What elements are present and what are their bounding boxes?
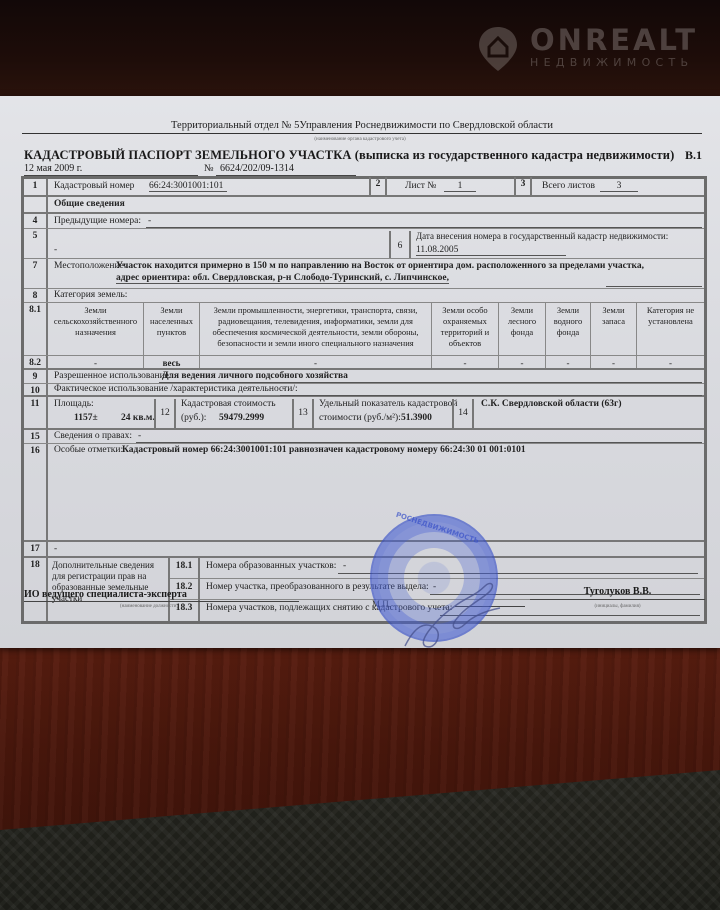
sheet-number-value: 1 (444, 181, 476, 192)
row-8-2: 8.2 - весь - - - - - - (24, 356, 704, 370)
removed-plots-value: - (444, 603, 447, 613)
row-5-value: - (54, 245, 57, 255)
row-17: 17 - (24, 542, 704, 558)
row-11-14: 11 Площадь: 1157± 24 кв.м. 12 Кадастрова… (24, 397, 704, 430)
cadastral-value-unit: (руб.): (181, 413, 206, 423)
removed-plots-label: Номера участков, подлежащих снятию с кад… (206, 603, 452, 613)
category-value: - (48, 356, 144, 368)
area-value: 1157± (74, 413, 98, 423)
underline (440, 615, 700, 616)
previous-numbers-value: - (148, 216, 151, 226)
row-number: 18.1 (168, 558, 200, 579)
row-number: 8.1 (24, 303, 48, 355)
row-number: 14 (452, 399, 474, 430)
total-sheets-label: Всего листов (542, 181, 595, 191)
row-1: 1 Кадастровый номер 66:24:3001001:101 2 … (24, 179, 704, 197)
row-number: 5 (24, 229, 48, 258)
cadastral-value: 59479.2999 (219, 413, 264, 423)
category-forest: Земли лесного фонда (499, 303, 546, 355)
row-4: 4 Предыдущие номера: - (24, 214, 704, 229)
specific-value-label: Удельный показатель кадастровой (319, 399, 457, 409)
sheet-number-label: Лист № (405, 181, 436, 191)
underline (159, 382, 702, 383)
form-table: 1 Кадастровый номер 66:24:3001001:101 2 … (21, 176, 707, 624)
row-10: 10 Фактическое использование /характерис… (24, 384, 704, 397)
previous-numbers-label: Предыдущие номера: (54, 216, 141, 226)
underline (606, 286, 702, 287)
document-number-label: № (204, 163, 214, 174)
row-17-value: - (54, 544, 57, 554)
watermark-subtitle: НЕДВИЖИМОСТЬ (530, 56, 698, 70)
rights-info-label: Сведения о правах: (54, 431, 132, 441)
row-number: 16 (24, 444, 48, 540)
row-number: 2 (369, 177, 387, 197)
underline (136, 442, 702, 443)
house-pin-icon (478, 26, 518, 72)
row-number-empty (24, 197, 48, 212)
row-number: 13 (292, 399, 314, 430)
total-sheets-value: 3 (600, 181, 638, 192)
transformed-plot-value: - (433, 582, 436, 592)
category-value: - (546, 356, 591, 368)
category-value: - (499, 356, 546, 368)
row-9: 9 Разрешенное использование: Для ведения… (24, 370, 704, 384)
row-8: 8 Категория земель: (24, 289, 704, 303)
category-value: - (200, 356, 432, 368)
area-label: Площадь: (54, 399, 94, 409)
row-number: 6 (389, 231, 411, 258)
category-agricultural: Земли сельскохозяйственного назначения (48, 303, 144, 355)
row-number: 4 (24, 214, 48, 228)
land-category-label: Категория земель: (54, 290, 127, 300)
signer-name-caption: (инициалы, фамилия) (530, 604, 705, 609)
registration-date-value: 11.08.2005 (416, 245, 566, 256)
agency-caption: (наименование органа кадастрового учета) (0, 137, 720, 142)
document-title: КАДАСТРОВЫЙ ПАСПОРТ ЗЕМЕЛЬНОГО УЧАСТКА (… (24, 148, 674, 163)
row-15: 15 Сведения о правах: - (24, 430, 704, 444)
rights-info-value: - (138, 431, 141, 441)
row-number: 8 (24, 289, 48, 302)
category-value: - (591, 356, 637, 368)
agency-name: Территориальный отдел № 5Управления Росн… (22, 120, 702, 134)
row-16: 16 Особые отметки: Кадастровый номер 66:… (24, 444, 704, 542)
row-8-1: 8.1 Земли сельскохозяйственного назначен… (24, 303, 704, 356)
cadastral-number-value: 66:24:3001001:101 (149, 181, 227, 192)
permitted-use-value: Для ведения личного подсобного хозяйства (162, 371, 348, 381)
row-number: 15 (24, 430, 48, 443)
underline (280, 395, 702, 396)
row-number: 1 (24, 179, 48, 195)
row-number: 12 (154, 399, 176, 430)
watermark-brand: ONREALT (530, 24, 698, 56)
specific-value-unit: стоимости (руб./м²): (319, 413, 401, 423)
row-7: 7 Местоположение: Участок находится прим… (24, 259, 704, 289)
category-value: - (637, 356, 704, 368)
category-not-set: Категория не установлена (637, 303, 704, 355)
category-value: весь (144, 356, 200, 368)
row-5-6: 5 - 6 Дата внесения номера в государстве… (24, 229, 704, 259)
actual-use-value: - (282, 384, 285, 394)
row-number: 8.2 (24, 356, 48, 368)
signature-line (455, 606, 525, 607)
formed-plots-label: Номера образованных участков: (206, 561, 336, 571)
category-settlements: Земли населенных пунктов (144, 303, 200, 355)
row-number: 11 (24, 397, 48, 428)
general-section-row: Общие сведения (24, 197, 704, 214)
category-value: - (432, 356, 499, 368)
row-number: 7 (24, 259, 48, 288)
cadastral-passport-document: Территориальный отдел № 5Управления Росн… (0, 96, 720, 648)
row-number: 10 (24, 384, 48, 395)
registration-date-label: Дата внесения номера в государственный к… (416, 231, 668, 241)
watermark: ONREALT НЕДВИЖИМОСТЬ (530, 24, 698, 70)
signer-name: Туголуков В.В. (530, 586, 705, 600)
title-suffix: (выписка из государственного кадастра не… (355, 148, 675, 162)
row-number: 9 (24, 370, 48, 383)
document-date: 12 мая 2009 г. (24, 163, 198, 176)
form-code: В.1 (685, 148, 702, 163)
special-notes-label: Особые отметки: (54, 445, 123, 455)
underline (338, 573, 698, 574)
cadastral-number-label: Кадастровый номер (54, 181, 134, 191)
area-tolerance: 24 кв.м. (121, 413, 155, 423)
cadastral-value-label: Кадастровая стоимость (181, 399, 276, 409)
formed-plots-value: - (343, 561, 346, 571)
location-line-1: Участок находится примерно в 150 м по на… (116, 261, 644, 271)
category-protected: Земли особо охраняемых территорий и объе… (432, 303, 499, 355)
document-number: 6624/202/09-1314 (216, 163, 356, 176)
permitted-use-label: Разрешенное использование: (54, 371, 172, 381)
signer-position-caption: (наименование должности) (120, 604, 178, 609)
special-notes-value: Кадастровый номер 66:24:3001001:101 равн… (122, 445, 526, 455)
signer-position: ИО ведущего специалиста-эксперта (24, 589, 299, 602)
specific-value: 51.3900 (401, 413, 432, 423)
location-line-2: адрес ориентира: обл. Свердловская, р-н … (116, 273, 449, 284)
stamp-place-label: М.П. (372, 599, 391, 609)
underline (146, 227, 702, 228)
row-18-1: 18.1 Номера образованных участков: - (168, 558, 704, 579)
general-section-heading: Общие сведения (54, 199, 125, 209)
category-industry: Земли промышленности, энергетики, трансп… (200, 303, 432, 355)
actual-use-label: Фактическое использование /характеристик… (54, 384, 298, 394)
category-water: Земли водного фонда (546, 303, 591, 355)
category-reserve: Земли запаса (591, 303, 637, 355)
title-main: КАДАСТРОВЫЙ ПАСПОРТ ЗЕМЕЛЬНОГО УЧАСТКА (24, 148, 351, 162)
row-number: 17 (24, 542, 48, 556)
valuation-reference: С.К. Свердловской области (63г) (481, 399, 622, 409)
row-number: 3 (514, 177, 532, 197)
